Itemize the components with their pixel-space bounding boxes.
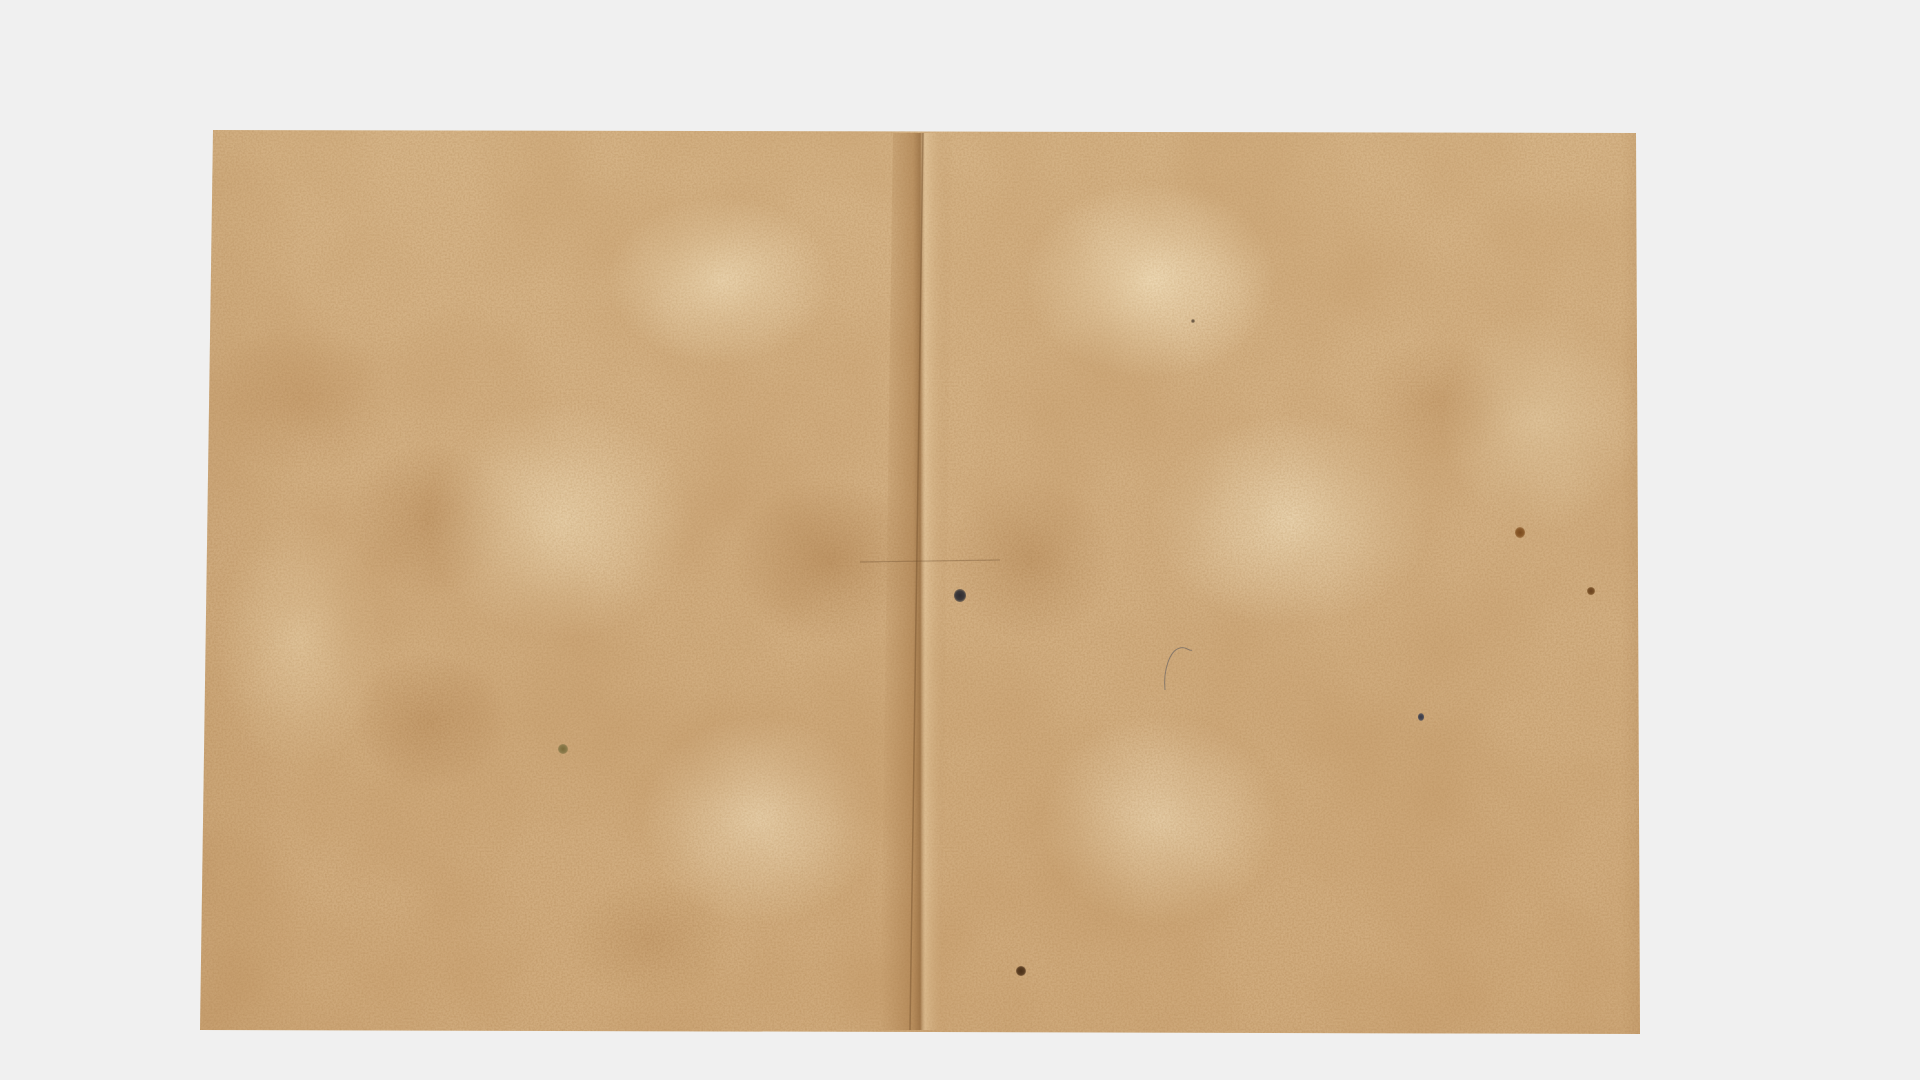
ink-spot — [954, 589, 966, 602]
stain-spot — [1016, 966, 1026, 976]
stain-spot — [1515, 527, 1525, 538]
stain-spot — [558, 744, 568, 754]
ink-spot — [1418, 713, 1424, 721]
stain-spot — [1587, 587, 1595, 595]
image-canvas — [0, 0, 1920, 1080]
paper-texture — [0, 0, 1920, 1080]
speck — [1191, 319, 1195, 323]
